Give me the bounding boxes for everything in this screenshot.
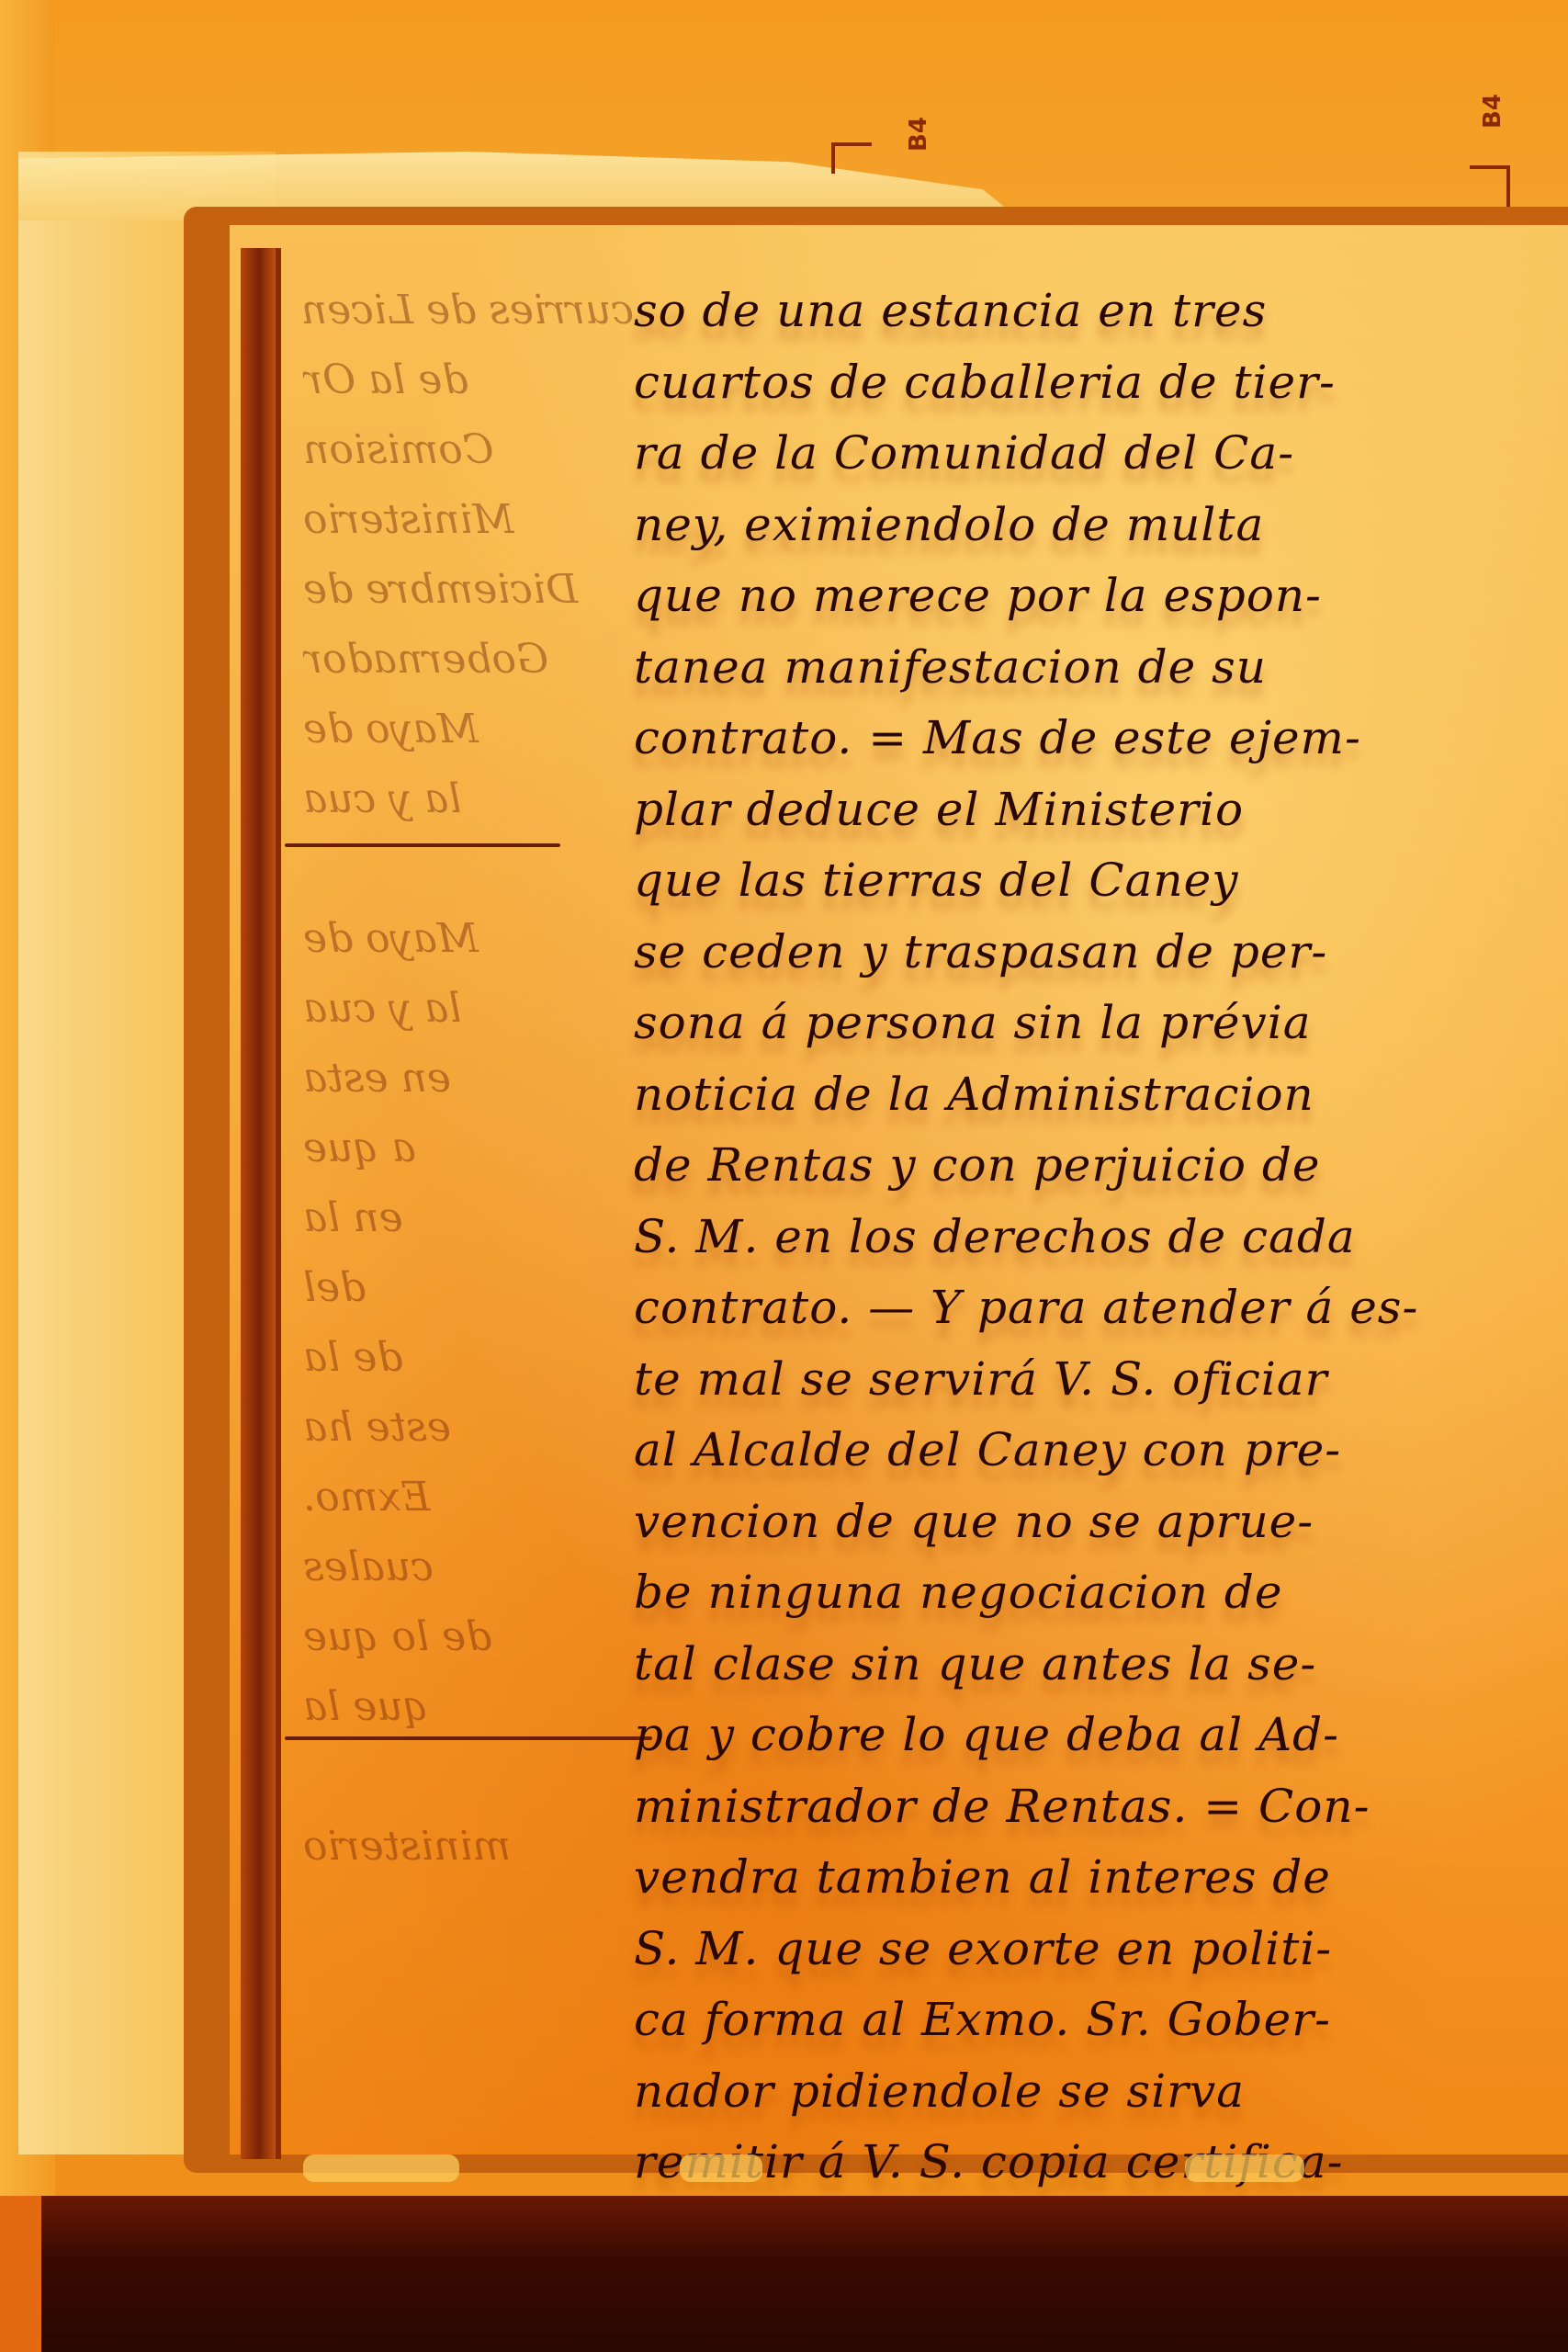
book-spine	[241, 248, 277, 2159]
manuscript-line: vencion de que no se aprue-	[634, 1487, 1552, 1558]
manuscript-line: ra de la Comunidad del Ca-	[634, 418, 1552, 490]
manuscript-line: vendra tambien al interes de	[634, 1842, 1552, 1914]
bleed-line: Gobernador	[303, 625, 634, 695]
margin-rule-upper	[285, 843, 560, 847]
bleed-line: este ha	[303, 1393, 634, 1463]
manuscript-line: pa y cobre lo que deba al Ad-	[634, 1700, 1552, 1771]
manuscript-line: te mal se servirá V. S. oficiar	[634, 1344, 1552, 1416]
dark-surface-below	[0, 2196, 1568, 2352]
bleed-line: que la	[303, 1672, 634, 1742]
manuscript-line: tanea manifestacion de su	[634, 632, 1552, 704]
manuscript-line: contrato. = Mas de este ejem-	[634, 703, 1552, 775]
bleed-line: de la	[303, 1323, 634, 1393]
left-marker-label: B4	[905, 117, 932, 152]
bleed-line: en esta	[303, 1044, 634, 1114]
glass-glare	[680, 2154, 762, 2182]
manuscript-line: nador pidiendole se sirva	[634, 2056, 1552, 2128]
manuscript-line: sona á persona sin la prévia	[634, 988, 1552, 1059]
manuscript-line: remitir á V. S. copia certifica-	[634, 2127, 1552, 2199]
bleed-line: la y cua	[303, 764, 634, 834]
manuscript-line: de Rentas y con perjuicio de	[634, 1130, 1552, 1202]
left-marker-bracket	[831, 142, 872, 174]
bleed-line: en la	[303, 1183, 634, 1253]
glass-glare	[1185, 2154, 1304, 2182]
bleed-line: Mayo de	[303, 695, 634, 764]
bleed-line: a que	[303, 1114, 634, 1183]
bleed-line: curries de Licencia	[303, 276, 634, 345]
manuscript-line: se ceden y traspasan de per-	[634, 917, 1552, 989]
manuscript-line: contrato. — Y para atender á es-	[634, 1272, 1552, 1344]
manuscript-line: ministrador de Rentas. = Con-	[634, 1771, 1552, 1843]
surface-left-edge	[0, 2196, 41, 2352]
bleed-line: de la Or	[303, 345, 634, 415]
bleed-line: del	[303, 1253, 634, 1323]
bleed-line: Ministerio	[303, 485, 634, 555]
bleed-line: de lo que	[303, 1602, 634, 1672]
manuscript-line: tal clase sin que antes la se-	[634, 1629, 1552, 1701]
manuscript-line: S. M. que se exorte en politi-	[634, 1914, 1552, 1985]
manuscript-line: ca forma al Exmo. Sr. Gober-	[634, 1984, 1552, 2056]
manuscript-line: que las tierras del Caney	[634, 845, 1552, 917]
glass-glare	[303, 2154, 459, 2182]
margin-rule-lower	[285, 1736, 652, 1740]
bleed-line: cuales	[303, 1532, 634, 1602]
right-marker-label: B4	[1479, 94, 1506, 129]
manuscript-line: plar deduce el Ministerio	[634, 775, 1552, 846]
manuscript-line: S. M. en los derechos de cada	[634, 1202, 1552, 1273]
bleed-line: ministerio	[303, 1812, 634, 1882]
bleed-line: Comision	[303, 415, 634, 485]
manuscript-text: so de una estancia en tres cuartos de ca…	[634, 276, 1552, 2269]
facing-page-bleed-through: curries de Licencia de la Or Comision Mi…	[303, 276, 634, 1882]
gutter-line	[276, 248, 281, 2159]
bleed-line	[303, 1742, 634, 1812]
manuscript-line: noticia de la Administracion	[634, 1059, 1552, 1131]
manuscript-line: be ninguna negociacion de	[634, 1557, 1552, 1629]
manuscript-line: cuartos de caballeria de tier-	[634, 347, 1552, 419]
manuscript-line: so de una estancia en tres	[634, 276, 1552, 347]
manuscript-line: ney, eximiendolo de multa	[634, 490, 1552, 561]
bleed-line: Mayo de	[303, 904, 634, 974]
manuscript-line: al Alcalde del Caney con pre-	[634, 1415, 1552, 1487]
bleed-line: Exmo.	[303, 1463, 634, 1532]
bleed-line: la y cua	[303, 974, 634, 1044]
bleed-line: Diciembre de	[303, 555, 634, 625]
manuscript-line: que no merece por la espon-	[634, 560, 1552, 632]
